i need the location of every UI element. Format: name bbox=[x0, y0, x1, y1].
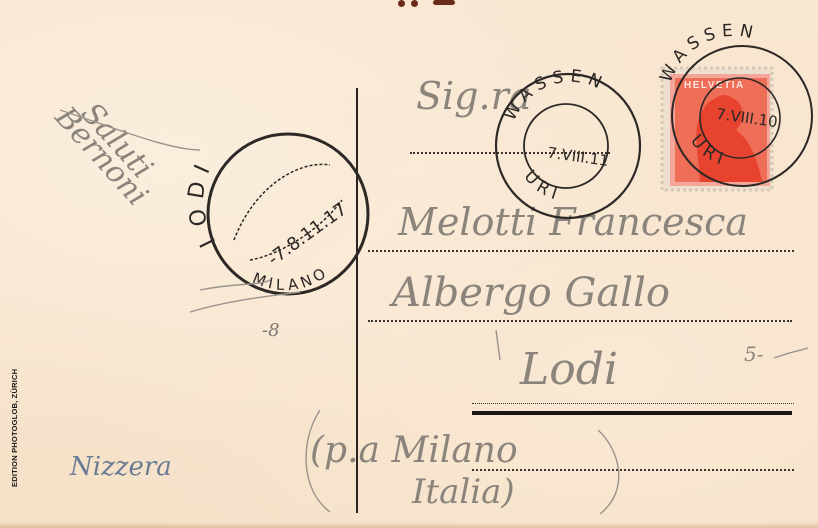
card-edge-shadow bbox=[0, 522, 818, 528]
postmark-lodi-top: LODI bbox=[184, 154, 221, 251]
postmark-lodi-date: -7.8.11.17 bbox=[264, 199, 351, 270]
postcard-back: EDITION PHOTOGLOB, ZÜRICH Saluti Bernoni… bbox=[0, 0, 818, 528]
postmark-lodi-bottom: MILANO bbox=[250, 262, 332, 294]
stamp-country-label: HELVETIA bbox=[684, 80, 745, 91]
postmark-wassen-date: 7.VIII.11 bbox=[546, 144, 610, 170]
svg-text:MILANO: MILANO bbox=[250, 262, 332, 294]
postmark-wassen-bottom: URI bbox=[520, 167, 565, 206]
postmarks-and-stamp: HELVETIA LODI MILANO -7.8.11.17 WASSEN bbox=[0, 0, 818, 528]
svg-text:URI: URI bbox=[520, 167, 565, 206]
svg-text:LODI: LODI bbox=[184, 154, 221, 251]
